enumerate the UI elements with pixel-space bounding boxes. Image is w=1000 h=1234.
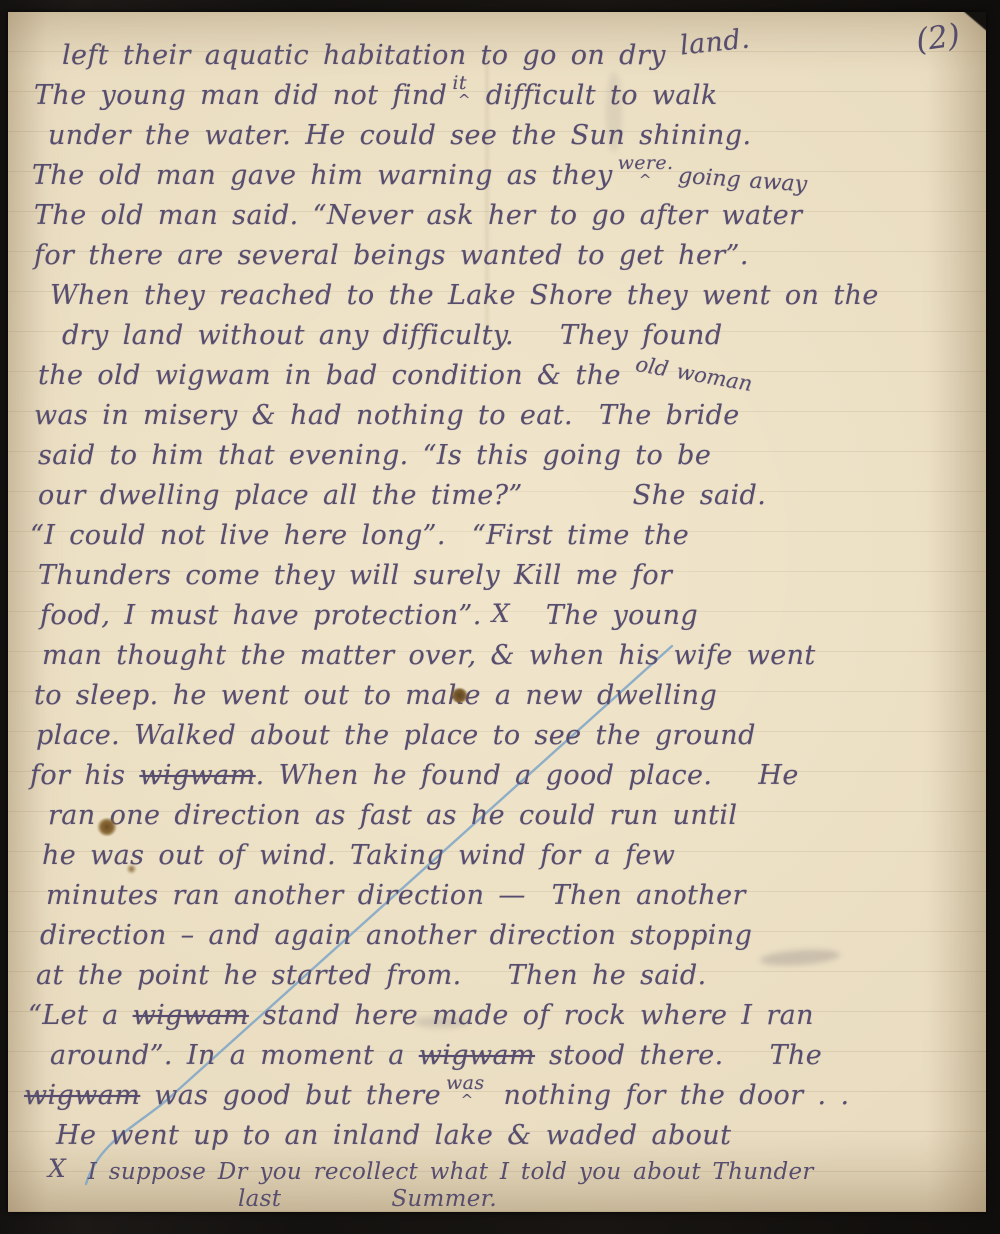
line-text: food, I must have protection”. bbox=[40, 600, 482, 631]
manuscript-line: place. Walked about the place to see the… bbox=[36, 716, 980, 756]
line-text: around”. In a moment a bbox=[50, 1040, 419, 1071]
manuscript-line: minutes ran another direction —Then anot… bbox=[46, 876, 980, 916]
manuscript-line: ran one direction as fast as he could ru… bbox=[48, 796, 980, 836]
manuscript-page: (2) left their aquatic habitation to go … bbox=[8, 12, 986, 1212]
manuscript-line: The young man did not findit^ difficult … bbox=[34, 76, 980, 116]
line-text: Then another bbox=[552, 880, 746, 911]
footnote-marker: X bbox=[48, 1154, 66, 1184]
line-text: He went up to an inland lake & waded abo… bbox=[56, 1120, 731, 1151]
manuscript-line: for there are several beings wanted to g… bbox=[34, 236, 980, 276]
manuscript-line: Thunders come they will surely Kill me f… bbox=[38, 556, 980, 596]
footnote-line: X I suppose Dr you recollect what I told… bbox=[38, 1156, 980, 1188]
line-text: The bbox=[770, 1040, 823, 1071]
manuscript-line: our dwelling place all the time?”She sai… bbox=[38, 476, 980, 516]
footnote-text: Summer. bbox=[391, 1186, 497, 1212]
line-text: our dwelling place all the time?” bbox=[38, 480, 523, 511]
manuscript-line: left their aquatic habitation to go on d… bbox=[62, 36, 980, 76]
line-text: Then he said. bbox=[508, 960, 707, 991]
manuscript-line: said to him that evening. “Is this going… bbox=[38, 436, 980, 476]
manuscript-line: the old wigwam in bad condition & the ol… bbox=[38, 356, 980, 396]
manuscript-line: direction – and again another direction … bbox=[40, 916, 980, 956]
manuscript-line: for his wigwam. When he found a good pla… bbox=[30, 756, 980, 796]
manuscript-line: man thought the matter over, & when his … bbox=[42, 636, 980, 676]
manuscript-line: dry land without any difficulty.They fou… bbox=[62, 316, 980, 356]
insertion: it^ bbox=[452, 76, 467, 118]
line-text: Thunders come they will surely Kill me f… bbox=[38, 560, 672, 591]
manuscript-line: When they reached to the Lake Shore they… bbox=[50, 276, 980, 316]
footnote-continuation: lastSummer. bbox=[238, 1188, 980, 1212]
footnote-text: last bbox=[238, 1186, 281, 1212]
footnote-marker: X bbox=[492, 594, 510, 634]
line-text: for his bbox=[30, 760, 139, 791]
line-text: left their aquatic habitation to go on d… bbox=[62, 40, 680, 71]
line-text: The old man gave him warning as they bbox=[32, 160, 613, 191]
line-text: was in misery & had nothing to eat. bbox=[34, 400, 573, 431]
manuscript-line: was in misery & had nothing to eat.The b… bbox=[34, 396, 980, 436]
manuscript-line: food, I must have protection”.XThe young bbox=[40, 596, 980, 636]
page-corner-fold bbox=[962, 12, 986, 32]
line-text: She said. bbox=[633, 480, 767, 511]
footnote-text: I suppose Dr you recollect what I told y… bbox=[76, 1159, 814, 1185]
caret-mark: ^ bbox=[461, 1080, 474, 1120]
line-text: minutes ran another direction — bbox=[46, 880, 526, 911]
struck-word: wigwam bbox=[24, 1080, 140, 1111]
line-text: The bride bbox=[599, 400, 740, 431]
line-text: ran one direction as fast as he could ru… bbox=[48, 800, 737, 831]
insertion: were.^ bbox=[618, 156, 674, 198]
line-text: at the point he started from. bbox=[36, 960, 462, 991]
manuscript-line: wigwam was good but therewas^ nothing fo… bbox=[24, 1076, 980, 1116]
struck-word: wigwam bbox=[139, 760, 255, 791]
manuscript-line: at the point he started from.Then he sai… bbox=[36, 956, 980, 996]
manuscript-line: The old man said. “Never ask her to go a… bbox=[34, 196, 980, 236]
line-text: stood there. bbox=[535, 1040, 724, 1071]
line-text: “I could not live here long”. bbox=[30, 520, 446, 551]
manuscript-line: he was out of wind. Taking wind for a fe… bbox=[42, 836, 980, 876]
ink-stain bbox=[97, 818, 117, 836]
line-text: he was out of wind. Taking wind for a fe… bbox=[42, 840, 675, 871]
manuscript-line: He went up to an inland lake & waded abo… bbox=[56, 1116, 980, 1156]
manuscript-line: “Let a wigwam stand here made of rock wh… bbox=[28, 996, 980, 1036]
line-text: for there are several beings wanted to g… bbox=[34, 240, 749, 271]
ink-stain bbox=[451, 688, 468, 703]
line-text: stand here made of rock where I ran bbox=[249, 1000, 814, 1031]
line-text: “First time the bbox=[472, 520, 689, 551]
manuscript-line: The old man gave him warning as theywere… bbox=[32, 156, 980, 196]
caret-mark: ^ bbox=[458, 80, 471, 120]
line-text: When they reached to the Lake Shore they… bbox=[50, 280, 879, 311]
struck-word: wigwam bbox=[133, 1000, 249, 1031]
smudge bbox=[606, 72, 622, 152]
line-text: the old wigwam in bad condition & the bbox=[38, 360, 635, 391]
manuscript-line: “I could not live here long”.“First time… bbox=[30, 516, 980, 556]
manuscript-line: under the water. He could see the Sun sh… bbox=[48, 116, 980, 156]
line-text: “Let a bbox=[28, 1000, 133, 1031]
line-text: The young man did not find bbox=[34, 80, 447, 111]
insertion: was^ bbox=[446, 1076, 485, 1118]
caret-mark: ^ bbox=[639, 160, 652, 200]
line-text: man thought the matter over, & when his … bbox=[42, 640, 816, 671]
line-text: direction – and again another direction … bbox=[40, 920, 752, 951]
line-text: The young bbox=[546, 600, 698, 631]
line-text: said to him that evening. “Is this going… bbox=[38, 440, 711, 471]
manuscript-text: left their aquatic habitation to go on d… bbox=[22, 36, 980, 1212]
line-text: difficult to walk bbox=[472, 80, 718, 111]
line-text: The old man said. “Never ask her to go a… bbox=[34, 200, 802, 231]
line-text: . When he found a good place. bbox=[256, 760, 713, 791]
line-text-raised: land. bbox=[678, 19, 752, 66]
line-text: He bbox=[758, 760, 798, 791]
line-text: dry land without any difficulty. bbox=[62, 320, 514, 351]
smudge bbox=[414, 1016, 470, 1028]
line-text: was good but there bbox=[140, 1080, 441, 1111]
line-text: to sleep. he went out to make a new dwel… bbox=[34, 680, 717, 711]
line-text: nothing for the door . . bbox=[490, 1080, 850, 1111]
ink-stain bbox=[126, 864, 137, 874]
manuscript-line: around”. In a moment a wigwam stood ther… bbox=[50, 1036, 980, 1076]
line-text: place. Walked about the place to see the… bbox=[36, 720, 756, 751]
manuscript-line: to sleep. he went out to make a new dwel… bbox=[34, 676, 980, 716]
